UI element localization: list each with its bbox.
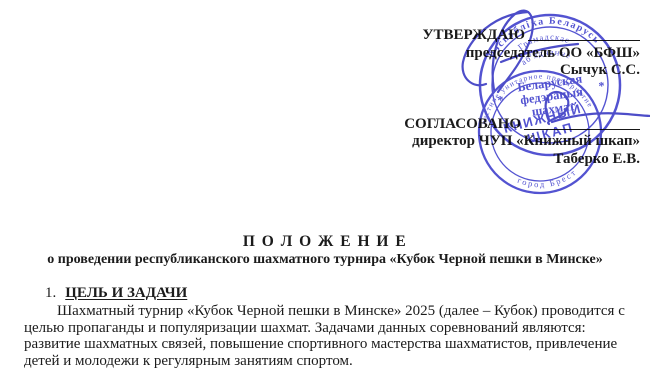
section-heading: ЦЕЛЬ И ЗАДАЧИ [65,285,187,301]
approval-block: УТВЕРЖДАЮ председатель ОО «БФШ» Сычук С.… [404,27,640,168]
spacer [404,80,640,116]
approve-label: УТВЕРЖДАЮ [422,27,525,43]
section-heading-row: 1.ЦЕЛЬ И ЗАДАЧИ [24,285,642,302]
agree-role: директор ЧУП «Книжный шкап» [404,133,640,151]
svg-text:город Брест: город Брест [515,166,581,194]
signature-line [528,38,640,41]
paragraph-line: развитие шахматных связей, повышение спо… [24,336,642,353]
section-goals: 1.ЦЕЛЬ И ЗАДАЧИ Шахматный турнир «Кубок … [24,285,642,369]
document-subtitle: о проведении республиканского шахматного… [0,251,650,268]
agree-label: СОГЛАСОВАНО [404,116,521,132]
paragraph-line: Шахматный турнир «Кубок Черной пешки в М… [24,303,642,320]
agree-line: СОГЛАСОВАНО [404,116,640,134]
document-page: УТВЕРЖДАЮ председатель ОО «БФШ» Сычук С.… [0,0,650,378]
approve-role: председатель ОО «БФШ» [404,45,640,63]
approve-name: Сычук С.С. [404,62,640,80]
approve-line: УТВЕРЖДАЮ [404,27,640,45]
section-number: 1. [24,285,56,302]
document-title: П О Л О Ж Е Н И Е [0,233,650,250]
title-block: П О Л О Ж Е Н И Е о проведении республик… [0,233,650,268]
signature-line [524,127,640,130]
paragraph-line: детей и молодежи к регулярным занятиям с… [24,353,642,370]
paragraph-line: целью пропаганды и популяризации шахмат.… [24,320,642,337]
stamp-ring-text: город Брест [515,166,581,194]
agree-name: Таберко Е.В. [404,151,640,169]
